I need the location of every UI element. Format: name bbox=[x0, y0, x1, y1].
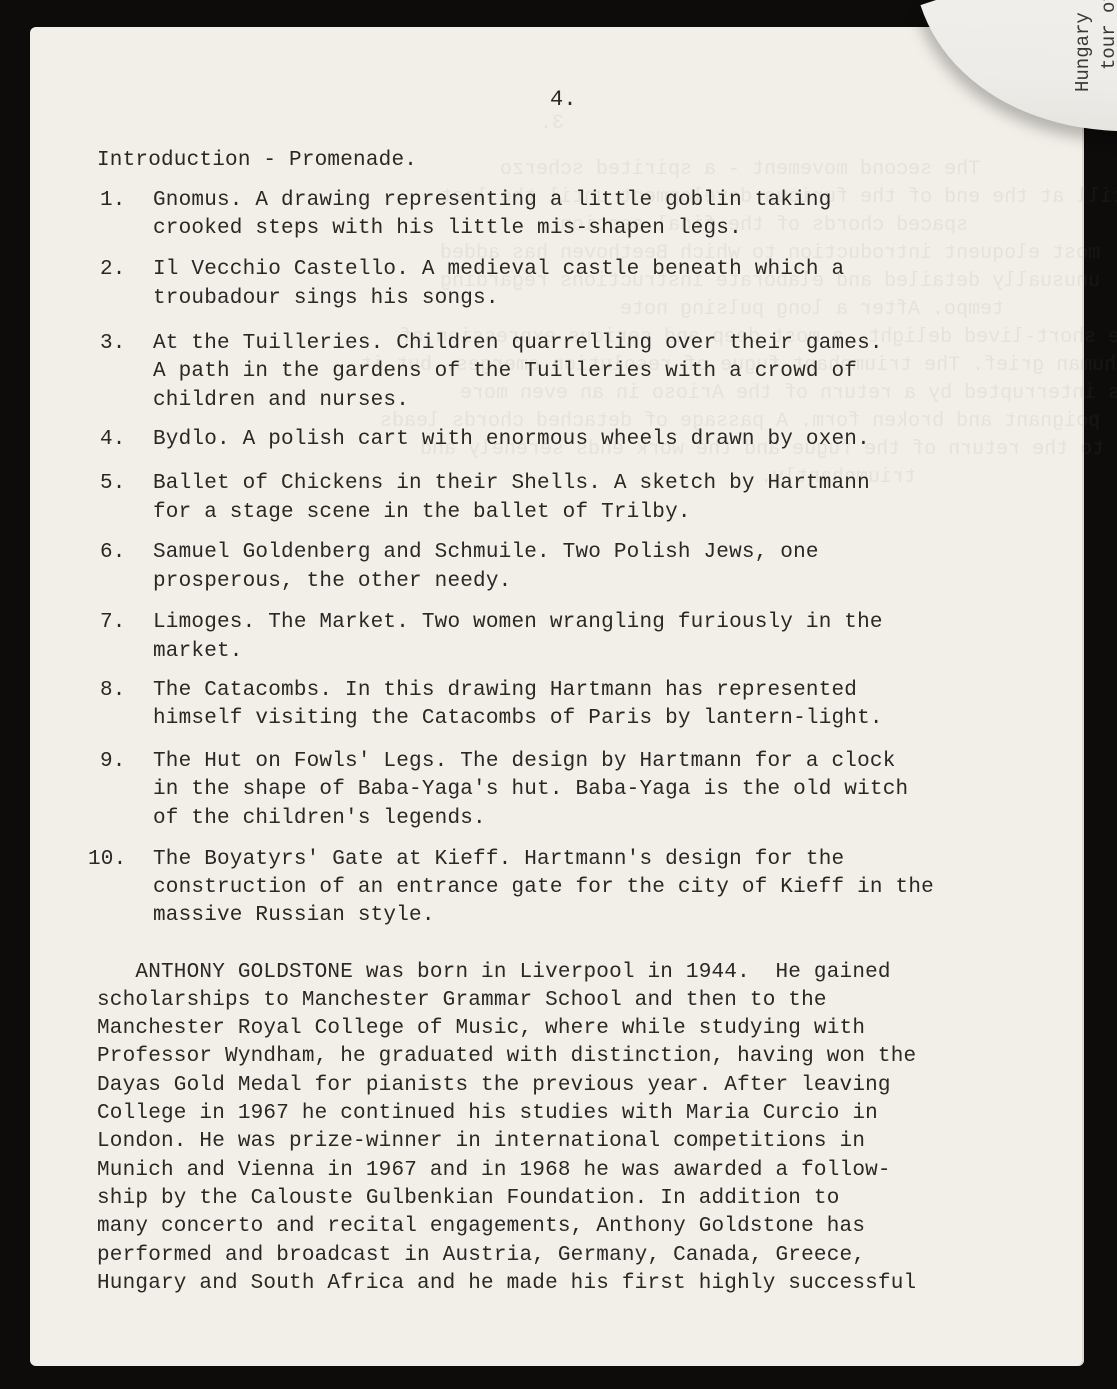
item-line: A path in the gardens of the Tuilleries … bbox=[153, 360, 857, 383]
item-line: Gnomus. A drawing representing a little … bbox=[153, 189, 832, 212]
bio-line: Dayas Gold Medal for pianists the previo… bbox=[97, 1074, 891, 1097]
item-number: 8. bbox=[100, 679, 126, 702]
item-number: 10. bbox=[88, 848, 126, 871]
corner-note-line-2: tour of bbox=[1098, 0, 1117, 70]
item-line: Ballet of Chickens in their Shells. A sk… bbox=[153, 472, 870, 495]
item-line: Samuel Goldenberg and Schmuile. Two Poli… bbox=[153, 541, 819, 564]
item-line: The Hut on Fowls' Legs. The design by Ha… bbox=[153, 750, 896, 773]
item-line: The Catacombs. In this drawing Hartmann … bbox=[153, 679, 857, 702]
item-line: The Boyatyrs' Gate at Kieff. Hartmann's … bbox=[153, 848, 844, 871]
item-number: 7. bbox=[100, 611, 126, 634]
bio-line: Manchester Royal College of Music, where… bbox=[97, 1017, 865, 1040]
item-line: Bydlo. A polish cart with enormous wheel… bbox=[153, 428, 870, 451]
corner-note-line-1: Hungary bbox=[1072, 12, 1094, 92]
bio-line: scholarships to Manchester Grammar Schoo… bbox=[97, 989, 827, 1012]
item-line: market. bbox=[153, 640, 243, 663]
item-number: 3. bbox=[100, 332, 126, 355]
bio-line: ship by the Calouste Gulbenkian Foundati… bbox=[97, 1187, 840, 1210]
bio-line: London. He was prize-winner in internati… bbox=[97, 1130, 865, 1153]
bio-line: Munich and Vienna in 1967 and in 1968 he… bbox=[97, 1159, 891, 1182]
item-line: in the shape of Baba-Yaga's hut. Baba-Ya… bbox=[153, 778, 908, 801]
page-number: 4. bbox=[550, 87, 577, 112]
bio-line: College in 1967 he continued his studies… bbox=[97, 1102, 878, 1125]
item-line: At the Tuilleries. Children quarrelling … bbox=[153, 332, 883, 355]
item-line: massive Russian style. bbox=[153, 904, 435, 927]
item-line: troubadour sings his songs. bbox=[153, 287, 499, 310]
item-line: for a stage scene in the ballet of Trilb… bbox=[153, 501, 691, 524]
bio-line: performed and broadcast in Austria, Germ… bbox=[97, 1244, 865, 1267]
item-number: 9. bbox=[100, 750, 126, 773]
ghost-line: is interrupted by a return of the Arioso… bbox=[460, 382, 1117, 405]
item-number: 5. bbox=[100, 472, 126, 495]
item-line: construction of an entrance gate for the… bbox=[153, 876, 934, 899]
item-line: children and nurses. bbox=[153, 389, 409, 412]
item-number: 6. bbox=[100, 541, 126, 564]
item-number: 4. bbox=[100, 428, 126, 451]
ghost-line: The second movement - a spirited scherzo bbox=[500, 158, 980, 181]
bio-line: Hungary and South Africa and he made his… bbox=[97, 1272, 916, 1295]
bio-line: ANTHONY GOLDSTONE was born in Liverpool … bbox=[97, 961, 891, 984]
bio-line: many concerto and recital engagements, A… bbox=[97, 1215, 865, 1238]
ghost-page-number: 3. bbox=[540, 112, 564, 135]
item-line: Limoges. The Market. Two women wrangling… bbox=[153, 611, 883, 634]
item-line: crooked steps with his little mis-shapen… bbox=[153, 217, 742, 240]
item-line: prosperous, the other needy. bbox=[153, 570, 511, 593]
item-line: himself visiting the Catacombs of Paris … bbox=[153, 707, 883, 730]
item-number: 1. bbox=[100, 189, 126, 212]
section-heading: Introduction - Promenade. bbox=[97, 149, 417, 172]
bio-line: Professor Wyndham, he graduated with dis… bbox=[97, 1045, 916, 1068]
item-number: 2. bbox=[100, 258, 126, 281]
ghost-line: tempo. After a long pulsing note bbox=[620, 298, 1004, 321]
item-line: of the children's legends. bbox=[153, 807, 486, 830]
item-line: Il Vecchio Castello. A medieval castle b… bbox=[153, 258, 844, 281]
